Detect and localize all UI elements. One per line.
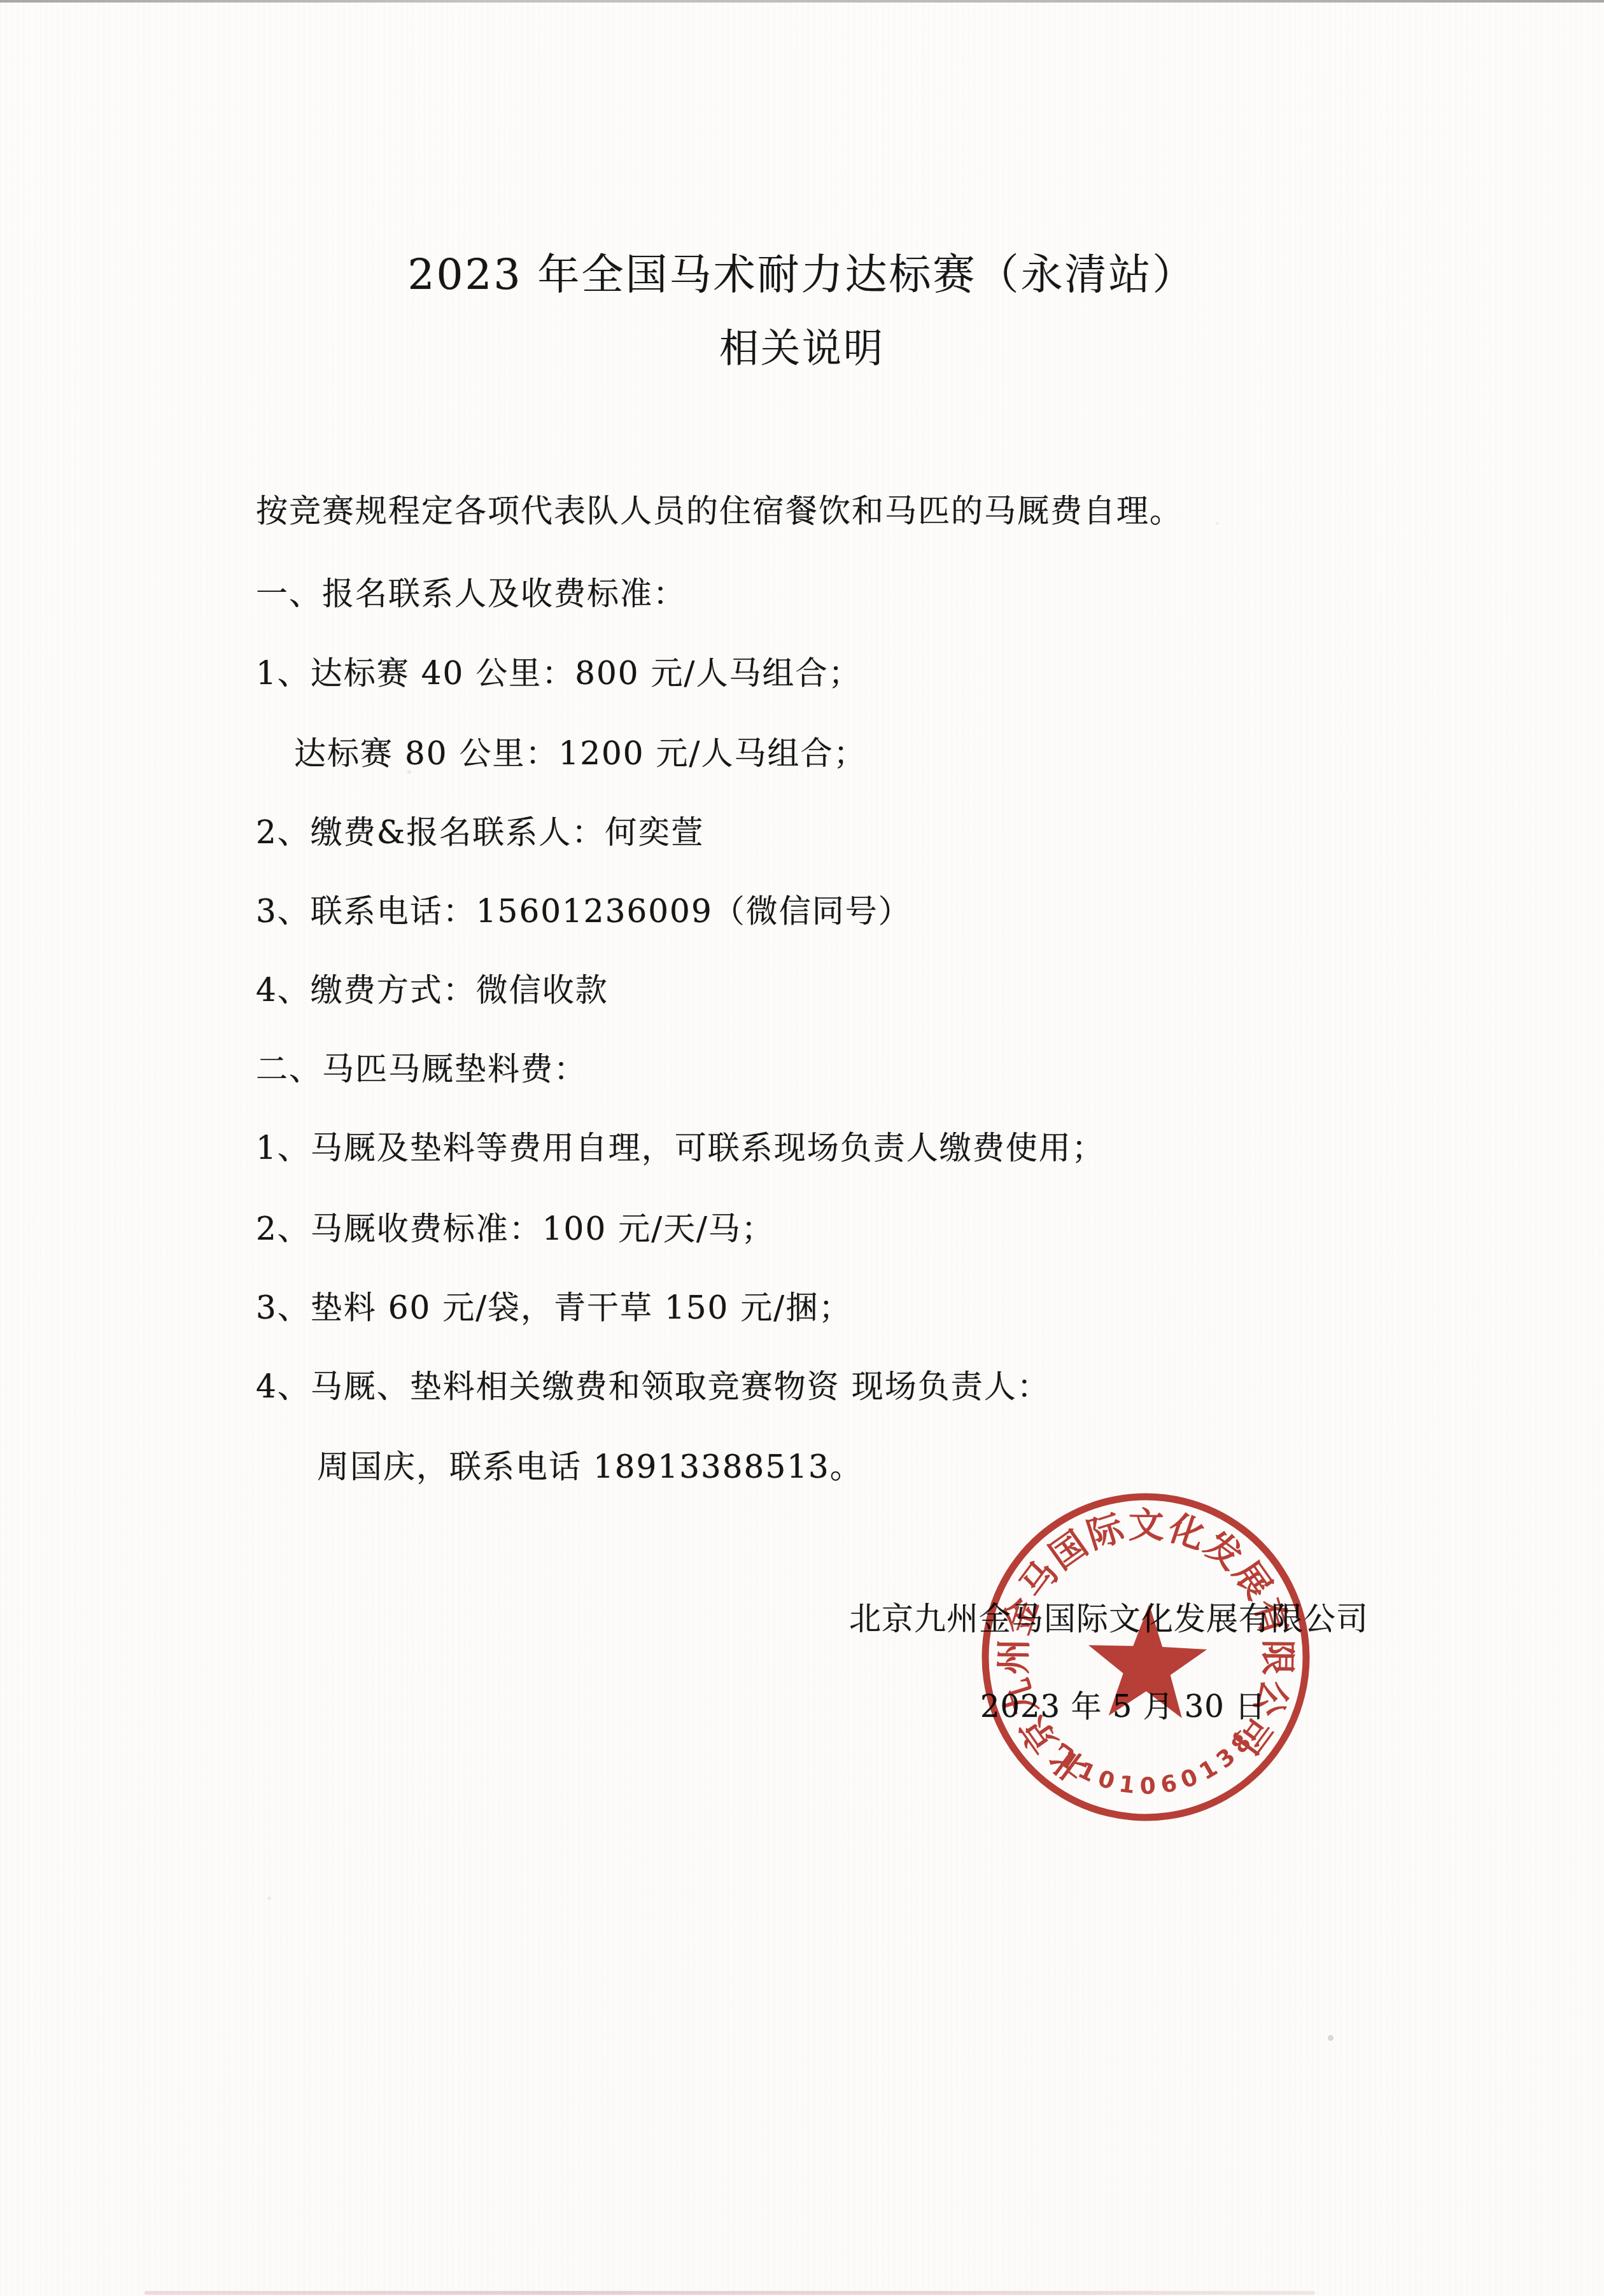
company-seal-stamp-icon: 北京九州金马国际文化发展有限公司 1101060138655 <box>947 1456 1344 1853</box>
intro-paragraph: 按竞赛规程定各项代表队人员的住宿餐饮和马匹的马厩费自理。 <box>256 486 1183 531</box>
section1-heading: 一、报名联系人及收费标准： <box>256 568 686 614</box>
stamp-star-icon <box>1084 1597 1216 1730</box>
section2-item3: 3、垫料 60 元/袋，青干草 150 元/捆； <box>256 1282 852 1328</box>
section2-item1: 1、马厩及垫料等费用自理，可联系现场负责人缴费使用； <box>256 1123 1105 1168</box>
paper-speck <box>407 770 411 774</box>
section2-item2: 2、马厩收费标准：100 元/天/马； <box>256 1203 775 1249</box>
paper-speck <box>1216 522 1219 525</box>
document-title: 2023 年全国马术耐力达标赛（永清站） <box>0 241 1604 301</box>
section1-item1b: 达标赛 80 公里：1200 元/人马组合； <box>294 728 866 774</box>
section2-item4b: 周国庆，联系电话 18913388513。 <box>317 1441 863 1487</box>
scan-edge-top <box>0 0 1604 3</box>
scanned-document-page: 2023 年全国马术耐力达标赛（永清站） 相关说明 按竞赛规程定各项代表队人员的… <box>0 0 1604 2296</box>
section1-item2: 2、缴费&报名联系人：何奕萱 <box>256 807 704 853</box>
paper-speck <box>267 1896 271 1900</box>
paper-speck <box>1328 2035 1333 2041</box>
section2-heading: 二、马匹马厩垫料费： <box>256 1044 587 1089</box>
document-subtitle: 相关说明 <box>0 317 1604 374</box>
scan-edge-bottom <box>144 2291 1316 2295</box>
section2-item4: 4、马厩、垫料相关缴费和领取竞赛物资 现场负责人： <box>256 1361 1050 1407</box>
section1-item4: 4、缴费方式：微信收款 <box>256 965 609 1011</box>
section1-item1: 1、达标赛 40 公里：800 元/人马组合； <box>256 648 861 694</box>
section1-item3: 3、联系电话：15601236009（微信同号） <box>256 886 911 932</box>
